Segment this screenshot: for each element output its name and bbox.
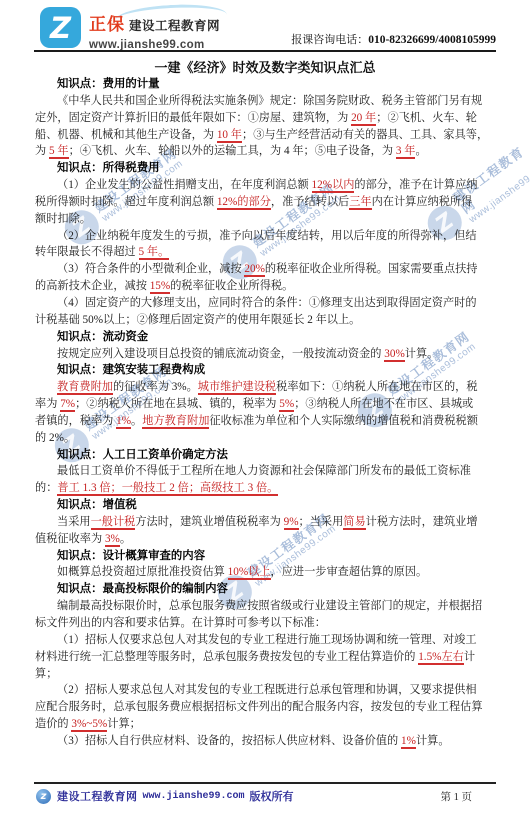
- red-highlight: 20%: [244, 263, 265, 277]
- doc-line: 转年限最长不得超过 5 年。: [35, 244, 497, 261]
- text-segment: ；当采用: [299, 516, 344, 528]
- text-segment: 内在计算应纳税所得: [372, 196, 473, 208]
- document-page: Z 建设工程教育网 www.jianshe99.com Z 建设工程教育网 ww…: [0, 0, 530, 818]
- text-segment: 材料进行统一汇总整理等服务时，总承包服务费按发包的专业工程估算造价的: [35, 651, 418, 663]
- red-highlight: 7%: [60, 398, 75, 412]
- text-segment: （2）企业纳税年度发生的亏损，准予向以后年度结转，用以后年度的所得弥补，但结: [57, 230, 477, 242]
- text-segment: 值税征收率为: [35, 533, 105, 545]
- doc-line: 船、机器、机械和其他生产设备，为 10 年；③与生产经营活动有关的器具、工具、家…: [35, 127, 497, 144]
- text-segment: 计算；: [107, 718, 141, 730]
- doc-line: 的高新技术企业，减按 15%的税率征收企业所得税。: [35, 278, 497, 295]
- footer-logo-icon: z: [36, 789, 51, 804]
- doc-line: 额时扣除。: [35, 211, 497, 228]
- knowledge-point-heading: 知识点：流动资金: [35, 329, 497, 346]
- text-segment: 为: [35, 145, 49, 157]
- red-highlight: 1.5%左右: [418, 651, 464, 665]
- doc-line: 计税基础 50%以上；②修理后固定资产的使用年限延长 2 年以上。: [35, 312, 497, 329]
- text-segment: 《中华人民共和国企业所得税法实施条例》规定：除国务院财政、税务主管部门另有规: [57, 95, 482, 107]
- brand-z-icon: Z: [40, 7, 81, 48]
- text-segment: 计算。: [416, 735, 450, 747]
- doc-line: （2）招标人要求总包人对其发包的专业工程既进行总承包管理和协调，又要求提供相: [35, 682, 497, 699]
- text-segment: ，准予结转以后: [271, 196, 349, 208]
- doc-content: 知识点：费用的计量《中华人民共和国企业所得税法实施条例》规定：除国务院财政、税务…: [35, 76, 497, 750]
- logo-text-block: 正保 建设工程教育网 www.jianshe99.com: [89, 7, 220, 51]
- text-segment: 按规定应列入建设项目总投资的铺底流动资金，一般按流动资金的: [57, 348, 384, 360]
- text-segment: 编制最高投标限价时，总承包服务费应按照省级或行业建设主管部门的规定，并根据招: [57, 600, 482, 612]
- text-segment: 当采用: [57, 516, 91, 528]
- doc-line: 如概算总投资超过原批准投资估算 10%以上，应进一步审查超估算的原因。: [35, 564, 497, 581]
- text-segment: 的 2%。: [35, 432, 75, 444]
- red-highlight: 30%: [384, 348, 405, 362]
- doc-line: 按规定应列入建设项目总投资的铺底流动资金，一般按流动资金的 30%计算。: [35, 346, 497, 363]
- red-highlight: 10 年: [217, 129, 242, 143]
- text-segment: 方法时，建筑业增值税税率为: [135, 516, 283, 528]
- doc-line: （4）固定资产的大修理支出，应同时符合的条件：①修理支出达到取得固定资产时的: [35, 295, 497, 312]
- text-segment: 最低日工资单价不得低于工程所在地人力资源和社会保障部门所发布的最低工资标准: [57, 465, 471, 477]
- text-segment: 。: [131, 415, 142, 427]
- red-highlight: 1%: [401, 735, 416, 749]
- text-segment: 额时扣除。: [35, 213, 91, 225]
- doc-line: 当采用一般计税方法时，建筑业增值税税率为 9%；当采用简易计税方法时，建筑业增: [35, 514, 497, 531]
- knowledge-point-heading: 知识点：人工日工资单价确定方法: [35, 447, 497, 464]
- doc-line: 应配合服务时，总承包服务费应根据招标文件列出的配合服务内容，按发包的专业工程估算: [35, 699, 497, 716]
- text-segment: 算；: [35, 668, 57, 680]
- red-highlight: 5%: [279, 398, 294, 412]
- site-logo: Z 正保 建设工程教育网 www.jianshe99.com: [40, 7, 220, 51]
- doc-line: 的 2%。: [35, 430, 497, 447]
- page-title: 一建《经济》时效及数字类知识点汇总: [0, 57, 530, 76]
- doc-line: 编制最高投标限价时，总承包服务费应按照省级或行业建设主管部门的规定，并根据招: [35, 598, 497, 615]
- text-segment: 计税基础 50%以上；②修理后固定资产的使用年限延长 2 年以上。: [35, 314, 360, 326]
- text-segment: 应配合服务时，总承包服务费应根据招标文件列出的配合服务内容，按发包的专业工程估算: [35, 701, 483, 713]
- site-name: 建设工程教育网: [129, 16, 220, 34]
- doc-line: 率为 7%；②纳税人所在地在县城、镇的，税率为 5%；③纳税人所在地不在市区、县…: [35, 396, 497, 413]
- text-segment: ；②纳税人所在地在县城、镇的，税率为: [75, 398, 279, 410]
- text-segment: （4）固定资产的大修理支出，应同时符合的条件：①修理支出达到取得固定资产时的: [57, 297, 477, 309]
- doc-line: 为 5 年；④飞机、火车、轮船以外的运输工具，为 4 年；⑤电子设备，为 3 年…: [35, 143, 497, 160]
- text-segment: 定外，固定资产计算折旧的最低年限如下：①房屋、建筑物，为: [35, 112, 351, 124]
- doc-line: 值税征收率为 3%。: [35, 531, 497, 548]
- text-segment: （3）符合条件的小型微利企业，减按: [57, 263, 244, 275]
- doc-line: 材料进行统一汇总整理等服务时，总承包服务费按发包的专业工程估算造价的 1.5%左…: [35, 649, 497, 666]
- doc-line: 标文件列出的内容和要求估算。在计算时可参考以下标准：: [35, 615, 497, 632]
- doc-line: （2）企业纳税年度发生的亏损，准予向以后年度结转，用以后年度的所得弥补，但结: [35, 228, 497, 245]
- red-highlight: 15%: [150, 280, 171, 294]
- red-highlight: 简易: [343, 516, 365, 530]
- doc-line: （3）符合条件的小型微利企业，减按 20%的税率征收企业所得税。国家需要重点扶持: [35, 261, 497, 278]
- red-highlight: 10%以上: [228, 566, 271, 580]
- text-segment: （3）招标人自行供应材料、设备的，按招标人供应材料、设备价值的: [57, 735, 401, 747]
- text-segment: ；③纳税人所在地不在市区、县城或: [294, 398, 473, 410]
- text-segment: 的部分，准予在计算应纳: [354, 179, 477, 191]
- red-highlight: 普工 1.3 倍；一般技工 2 倍；高级技工 3 倍。: [57, 482, 278, 496]
- text-segment: 计: [464, 651, 475, 663]
- red-highlight: 1%: [116, 415, 131, 429]
- doc-line: 《中华人民共和国企业所得税法实施条例》规定：除国务院财政、税务主管部门另有规: [35, 93, 497, 110]
- page-number: 第 1 页: [441, 789, 473, 804]
- phone-number: 010-82326699/4008105999: [368, 34, 496, 46]
- text-segment: 的税率征收企业所得税。国家需要重点扶持: [265, 263, 478, 275]
- text-segment: 船、机器、机械和其他生产设备，为: [35, 129, 217, 141]
- text-segment: 征收标准为单位和个人实际缴纳的增值税和消费税税额: [209, 415, 478, 427]
- text-segment: ，应进一步审查超估算的原因。: [271, 566, 428, 578]
- knowledge-point-heading: 知识点：费用的计量: [35, 76, 497, 93]
- text-segment: 率为: [35, 398, 60, 410]
- doc-line: 造价的 3%~5%计算；: [35, 716, 497, 733]
- text-segment: 者镇的，税率为: [35, 415, 116, 427]
- red-highlight: 3 年: [396, 145, 416, 159]
- text-segment: 。: [415, 145, 426, 157]
- text-segment: 造价的: [35, 718, 71, 730]
- header-divider: [34, 50, 496, 52]
- text-segment: ；③与生产经营活动有关的器具、工具、家具等，: [242, 129, 488, 141]
- red-highlight: 城市维护建设税: [198, 381, 276, 395]
- text-segment: 的税率征收企业所得税。: [170, 280, 293, 292]
- knowledge-point-heading: 知识点：建筑安装工程费构成: [35, 362, 497, 379]
- text-segment: 转年限最长不得超过: [35, 246, 139, 258]
- doc-line: 定外，固定资产计算折旧的最低年限如下：①房屋、建筑物，为 20 年；②飞机、火车…: [35, 110, 497, 127]
- text-segment: （1）招标人仅要求总包人对其发包的专业工程进行施工现场协调和统一管理、对竣工: [57, 634, 477, 646]
- doc-line: 最低日工资单价不得低于工程所在地人力资源和社会保障部门所发布的最低工资标准: [35, 463, 497, 480]
- brand-name: 正保: [89, 10, 125, 35]
- text-segment: 的高新技术企业，减按: [35, 280, 150, 292]
- doc-line: 教育费附加的征收率为 3%。城市维护建设税税率如下：①纳税人所在地在市区的，税: [35, 379, 497, 396]
- red-highlight: 3%: [105, 533, 120, 547]
- red-highlight: 三年: [349, 196, 371, 210]
- knowledge-point-heading: 知识点：设计概算审查的内容: [35, 548, 497, 565]
- doc-line: （1）企业发生的公益性捐赠支出，在年度利润总额 12%以内的部分，准予在计算应纳: [35, 177, 497, 194]
- knowledge-point-heading: 知识点：最高投标限价的编制内容: [35, 581, 497, 598]
- phone-label: 报课咨询电话：: [291, 34, 368, 46]
- contact-phone: 报课咨询电话：010-82326699/4008105999: [291, 31, 496, 47]
- text-segment: ；④飞机、火车、轮船以外的运输工具，为 4 年；⑤电子设备，为: [69, 145, 396, 157]
- knowledge-point-heading: 知识点：增值税: [35, 497, 497, 514]
- doc-line: 算；: [35, 666, 497, 683]
- text-segment: （2）招标人要求总包人对其发包的专业工程既进行总承包管理和协调，又要求提供相: [57, 684, 477, 696]
- red-highlight: 20 年: [351, 112, 376, 126]
- red-highlight: 5 年: [49, 145, 69, 159]
- red-highlight: 地方教育附加: [142, 415, 209, 429]
- doc-line: （1）招标人仅要求总包人对其发包的专业工程进行施工现场协调和统一管理、对竣工: [35, 632, 497, 649]
- text-segment: 。: [120, 533, 131, 545]
- text-segment: 税率如下：①纳税人所在地在市区的，税: [276, 381, 477, 393]
- text-segment: 如概算总投资超过原批准投资估算: [57, 566, 228, 578]
- footer-copyright: 版权所有: [250, 788, 294, 804]
- footer-site-name: 建设工程教育网: [57, 788, 138, 804]
- knowledge-point-heading: 知识点：所得税费用: [35, 160, 497, 177]
- footer: z 建设工程教育网 www.jianshe99.com 版权所有: [36, 788, 294, 804]
- text-segment: 计算。: [405, 348, 439, 360]
- red-highlight: 教育费附加: [57, 381, 113, 395]
- footer-divider: [34, 782, 496, 784]
- red-highlight: 12%以内: [312, 179, 355, 193]
- text-segment: ；②飞机、火车、轮: [376, 112, 477, 124]
- text-segment: 计税方法时，建筑业增: [366, 516, 478, 528]
- red-highlight: 一般计税: [91, 516, 136, 530]
- red-highlight: 5 年。: [139, 246, 170, 260]
- text-segment: 标文件列出的内容和要求估算。在计算时可参考以下标准：: [35, 617, 326, 629]
- text-segment: 的征收率为 3%。: [113, 381, 198, 393]
- doc-line: 税所得额时扣除。超过年度利润总额 12%的部分，准予结转以后三年内在计算应纳税所…: [35, 194, 497, 211]
- red-highlight: 12%的部分: [217, 196, 271, 210]
- red-highlight: 9%: [284, 516, 299, 530]
- text-segment: 的：: [35, 482, 57, 494]
- doc-line: 的：普工 1.3 倍；一般技工 2 倍；高级技工 3 倍。: [35, 480, 497, 497]
- doc-line: 者镇的，税率为 1%。地方教育附加征收标准为单位和个人实际缴纳的增值税和消费税税…: [35, 413, 497, 430]
- text-segment: 税所得额时扣除。超过年度利润总额: [35, 196, 217, 208]
- footer-site-url: www.jianshe99.com: [143, 791, 245, 802]
- red-highlight: 3%~5%: [71, 718, 107, 732]
- doc-line: （3）招标人自行供应材料、设备的，按招标人供应材料、设备价值的 1%计算。: [35, 733, 497, 750]
- text-segment: （1）企业发生的公益性捐赠支出，在年度利润总额: [57, 179, 312, 191]
